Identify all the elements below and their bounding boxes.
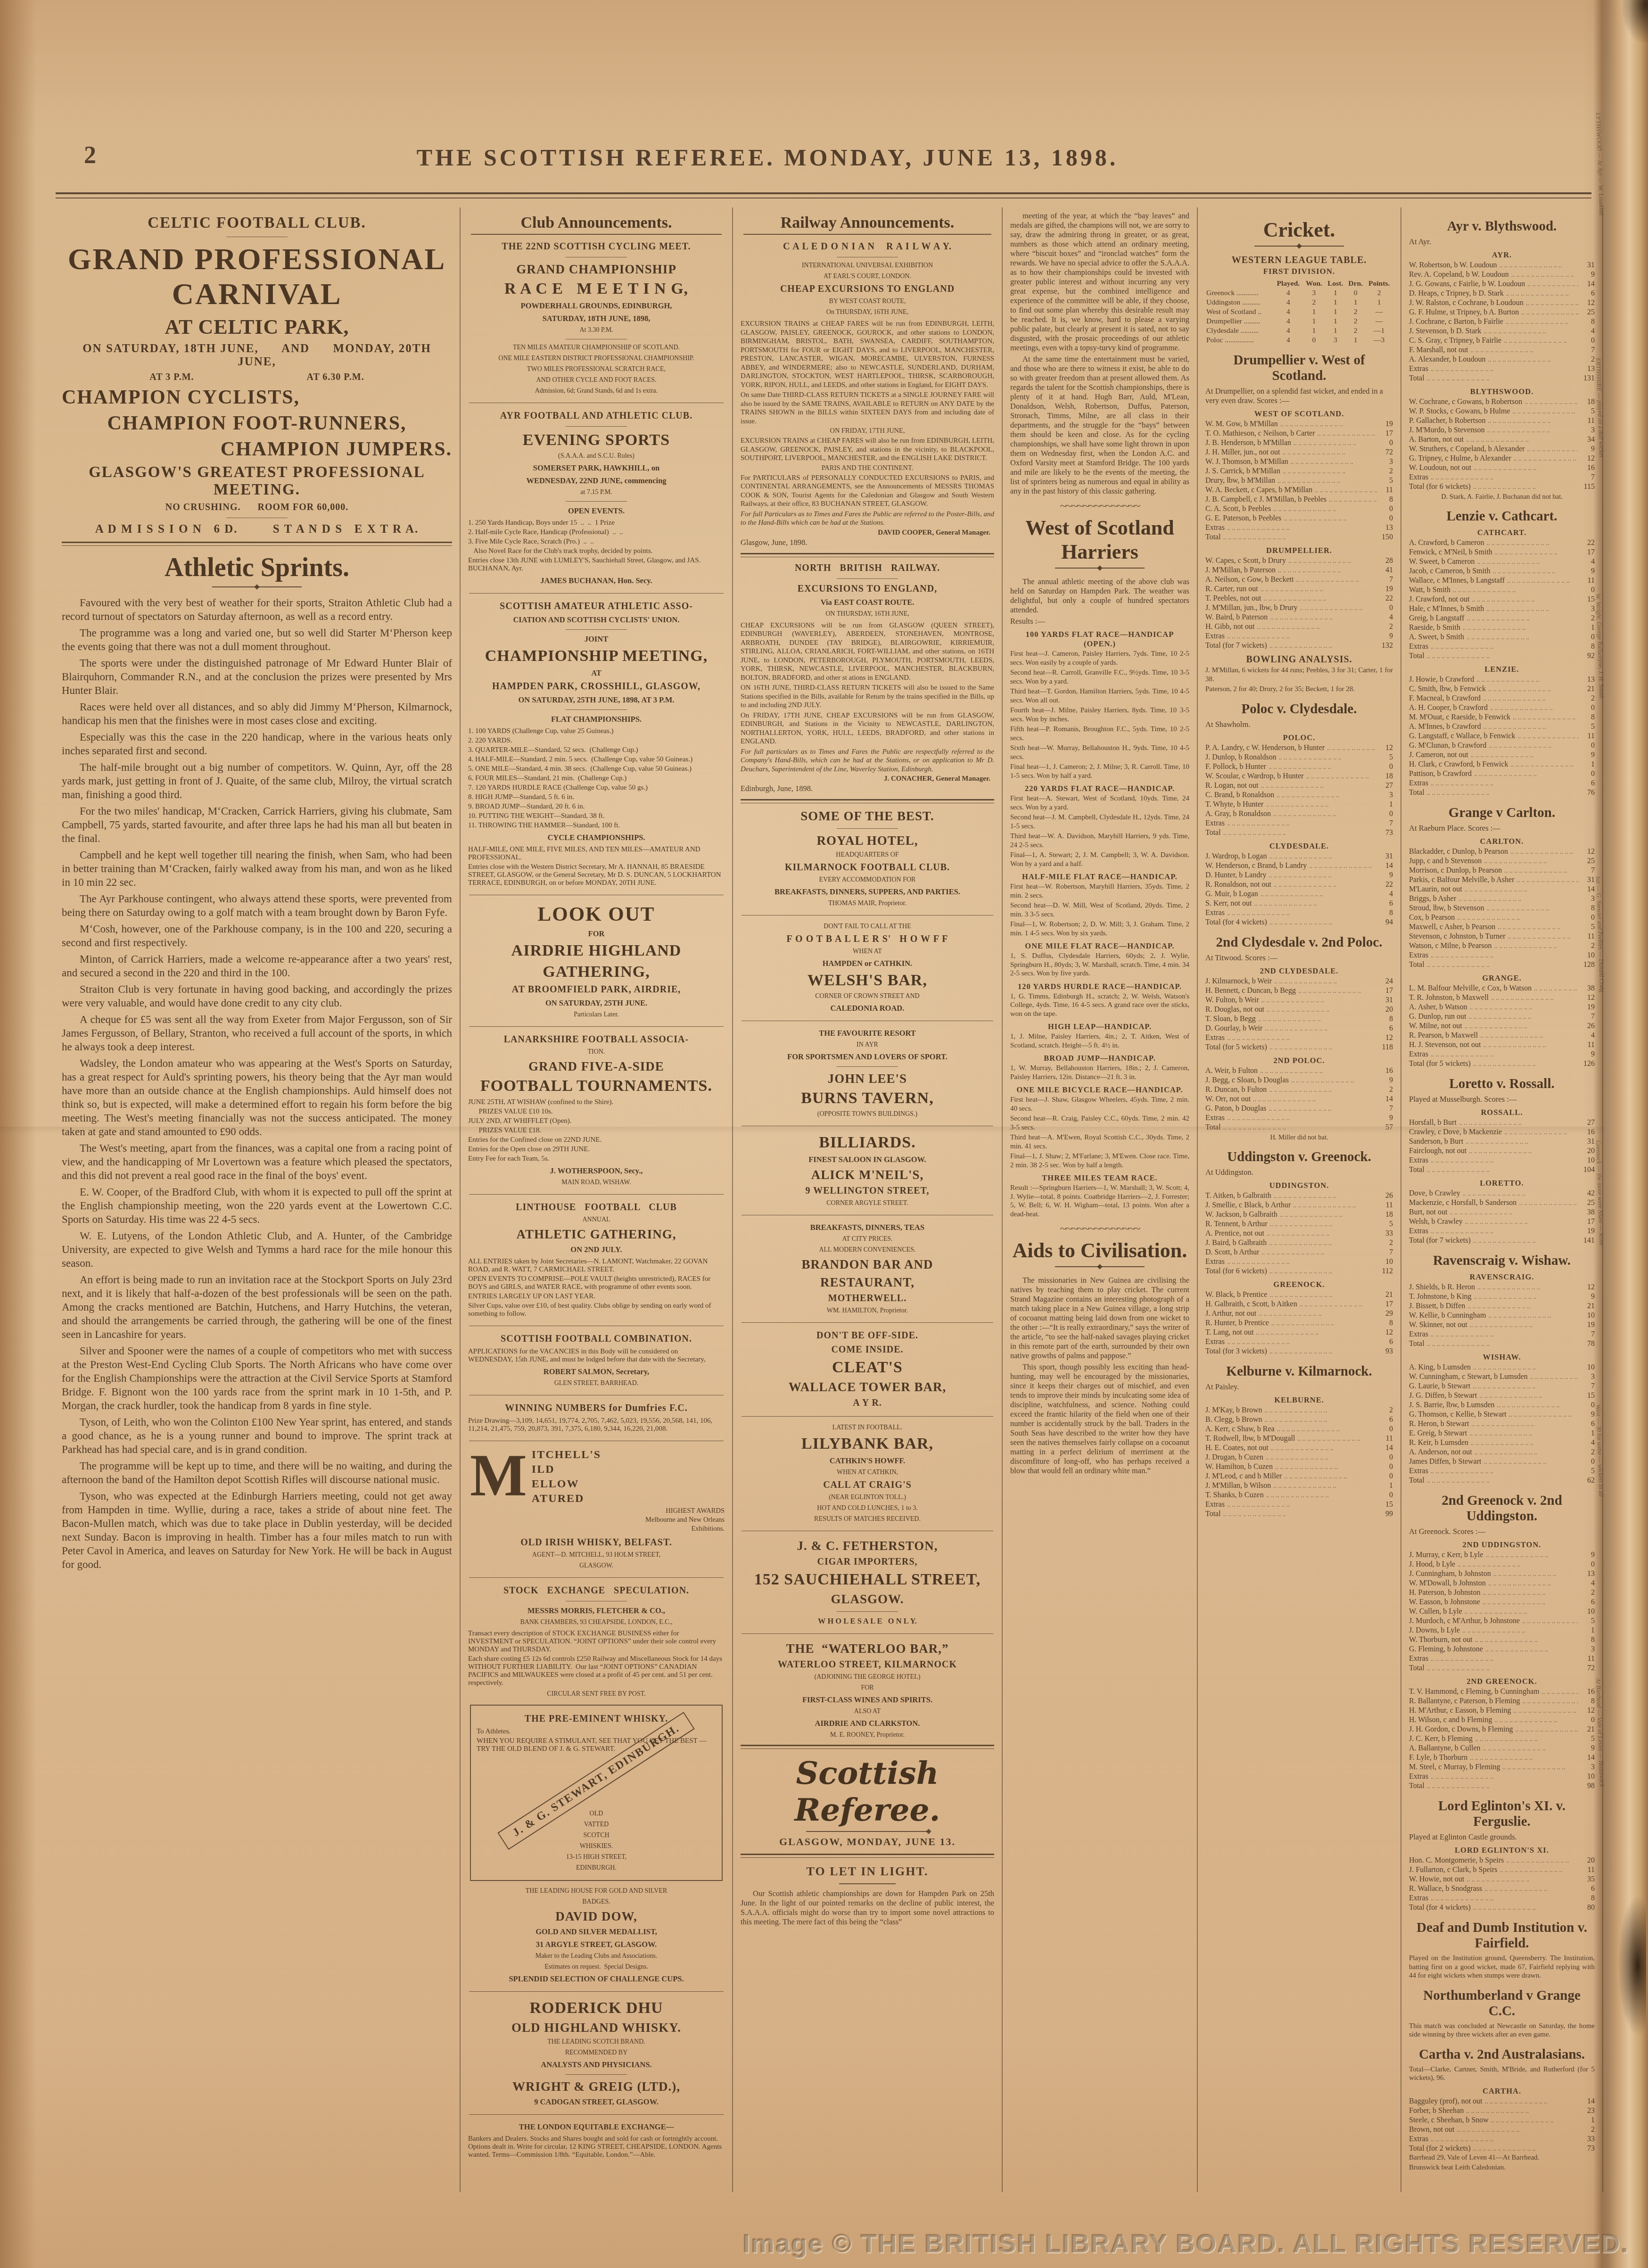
dot-leader: .. .. .. .. .. .. .. .. .. .. .. .. .. — [1472, 1448, 1579, 1457]
batsman-dismissal: Extras — [1205, 908, 1225, 917]
heading-ornament-rule — [1055, 568, 1145, 569]
scorecard-row: Total (for 7 wickets).. .. .. .. .. .. .… — [1205, 641, 1393, 651]
scorecard-row: F. Marshall, not out.. .. .. .. .. .. ..… — [1409, 346, 1595, 355]
ad-line: CHAMPIONSHIP MEETING, — [468, 647, 725, 665]
batsman-dismissal: Total (for 2 wickets) — [1409, 2144, 1471, 2153]
scorecard-row: G. Tripney, c Hulme, b Alexander.. .. ..… — [1409, 454, 1595, 463]
scorecard-row: Total.. .. .. .. .. .. .. .. .. .. .. ..… — [1205, 1509, 1393, 1519]
scorecard-row: Drury, lbw, b M'Millan.. .. .. .. .. .. … — [1205, 476, 1393, 486]
batsman-dismissal: J. M'Millan, b Wilson — [1205, 1481, 1271, 1490]
sub-sub-heading: FIRST DIVISION. — [1205, 267, 1393, 276]
scorecard-row: J. Fullarton, c Clark, b Speirs.. .. .. … — [1409, 1865, 1595, 1875]
dot-leader: .. .. .. .. .. .. .. .. .. .. .. .. .. — [1504, 289, 1579, 298]
ad-line: NO CRUSHING. ROOM FOR 60,000. — [62, 502, 452, 513]
batsman-dismissal: Total (for 5 wickets) — [1409, 1059, 1471, 1068]
batsman-dismissal: Stroud, lbw, b Stevenson — [1409, 904, 1484, 913]
section-rule — [469, 1326, 724, 1326]
runs: 20 — [1579, 1146, 1595, 1155]
table-header-cell — [1205, 279, 1274, 289]
runs: 6 — [1377, 899, 1393, 908]
runs: 3 — [1377, 457, 1393, 466]
dot-leader: .. .. .. .. .. .. .. .. .. .. .. .. .. — [1268, 613, 1377, 622]
batsman-dismissal: J. Drugan, b Cuzen — [1205, 1453, 1263, 1462]
section-rule — [469, 1577, 724, 1578]
scorecard-row: W. Capes, c Scott, b Drury.. .. .. .. ..… — [1205, 556, 1393, 566]
batsman-dismissal: Extras — [1409, 1467, 1428, 1476]
article-paragraph: The missionaries in New Guinea are civil… — [1010, 1276, 1189, 1361]
table-cell: Poloc ................ — [1205, 336, 1274, 345]
batsman-dismissal: Total — [1409, 788, 1425, 797]
batsman-dismissal: T. V. Hammond, c Fleming, b Cunningham — [1409, 1687, 1539, 1696]
ad-line: SATURDAY, 18TH JUNE, 1898, — [468, 314, 725, 323]
scorecard-row: A. Gray, b Ronaldson.. .. .. .. .. .. ..… — [1205, 809, 1393, 819]
dot-leader: .. .. .. .. .. .. .. .. .. .. .. .. .. — [1483, 1645, 1579, 1654]
scorecard: Total.. .. .. .. .. .. .. .. .. .. .. ..… — [1409, 1664, 1595, 1673]
ad-line: THE 22ND SCOTTISH CYCLING MEET. — [468, 241, 725, 252]
ad-line: HEADQUARTERS OF — [741, 851, 994, 859]
runs: 72 — [1377, 448, 1393, 457]
runs: 2 — [1377, 1238, 1393, 1247]
scorecard-row: D. Scott, b Arthur.. .. .. .. .. .. .. .… — [1205, 1248, 1393, 1257]
ad-line: EDINBURGH. — [477, 1864, 716, 1872]
ad-line: BREAKFASTS, DINNERS, TEAS — [741, 1223, 994, 1232]
batsman-dismissal: Parkis, c Balfour Melville, b Asher — [1409, 875, 1515, 884]
ad-line: WHEN AT — [741, 948, 994, 956]
runs: 5 — [1579, 923, 1595, 932]
runs: 5 — [1579, 722, 1595, 731]
runs: 12 — [1579, 847, 1595, 856]
ad-line: AND OTHER CYCLE AND FOOT RACES. — [468, 377, 725, 384]
batsman-dismissal: T. Lang, not out — [1205, 1328, 1253, 1337]
ad-line: J. WOTHERSPOON, Secy., — [468, 1166, 725, 1176]
dot-leader: .. .. .. .. .. .. .. .. .. .. .. .. .. — [1510, 407, 1579, 416]
ad-line: AT CITY PRICES. — [741, 1236, 994, 1243]
result-line: Paterson, 2 for 40; Drury, 2 for 35; Bec… — [1205, 685, 1393, 694]
batsman-dismissal: Extras — [1409, 642, 1428, 651]
scorecard-row: W. Cochrane, c Gowans, b Robertson.. .. … — [1409, 397, 1595, 407]
article-line: Played at Eglinton Castle grounds. — [1409, 1832, 1595, 1842]
table-cell: 4 — [1274, 326, 1303, 336]
saaa-joint-championship-ad: SCOTTISH AMATEUR ATHLETIC ASSO-CIATION A… — [468, 601, 725, 887]
celtic-carnival-ad: CELTIC FOOTBALL CLUB.GRAND PROFESSIONAL … — [62, 214, 452, 536]
runs: 12 — [1579, 454, 1595, 463]
ad-line: WELSH'S BAR, — [741, 972, 994, 990]
scorecard-row: R. Hunter, b Prentice.. .. .. .. .. .. .… — [1205, 1319, 1393, 1328]
batsman-dismissal: W. Cunningham, c Stewart, b Lumsden — [1409, 1372, 1528, 1381]
article-paragraph: Campbell and he kept well together till … — [62, 848, 452, 889]
batsman-dismissal: Total — [1205, 828, 1221, 837]
ad-line: F O O T B A L L E R S' H O W F F — [741, 934, 994, 945]
scorecard-row: D. Hunter, b Landry.. .. .. .. .. .. .. … — [1205, 871, 1393, 880]
batsman-dismissal: F. Marshall, not out — [1409, 346, 1468, 355]
batsman-dismissal: M. M'Ouat, c Raeside, b Fenwick — [1409, 713, 1510, 722]
runs: 12 — [1579, 993, 1595, 1002]
table-cell: —1 — [1365, 326, 1393, 336]
ad-line: HAMPDEN PARK, CROSSHILL, GLASGOW, — [468, 681, 725, 692]
dot-leader: .. .. .. .. .. .. .. .. .. .. .. .. .. — [1525, 445, 1579, 454]
dot-leader: .. .. .. .. .. .. .. .. .. .. .. .. .. — [1481, 1744, 1579, 1753]
ad-line: Estimates on request. Special Designs. — [468, 1963, 725, 1971]
article-paragraph: meeting of the year, at which the “bay l… — [1010, 211, 1189, 353]
runs: 10 — [1377, 1257, 1393, 1266]
ad-line: AT CELTIC PARK, — [62, 315, 452, 339]
runs: 80 — [1579, 1903, 1595, 1912]
ad-rule — [837, 578, 898, 579]
runs: 2 — [1377, 1085, 1393, 1094]
runs: 1 — [1579, 2116, 1595, 2125]
runs: 22 — [1377, 594, 1393, 603]
scorecard-row: Extras.. .. .. .. .. .. .. .. .. .. .. .… — [1409, 1467, 1595, 1476]
ad-line: ON SATURDAY, 25TH JUNE. — [468, 998, 725, 1008]
ad-line: DON'T BE OFF-SIDE. — [741, 1330, 994, 1341]
runs: 9 — [1377, 1113, 1393, 1122]
innings-caption: HIGH LEAP—HANDICAP. — [1010, 1022, 1189, 1031]
batsman-dismissal: B. Clegg, b Brown — [1205, 1415, 1262, 1424]
runs: 115 — [1579, 482, 1595, 491]
dot-leader: .. .. .. .. .. .. .. .. .. .. .. .. .. — [1467, 1429, 1579, 1438]
runs: 6 — [1579, 1419, 1595, 1428]
runs: 1 — [1377, 1481, 1393, 1490]
runs: 7 — [1579, 1330, 1595, 1339]
runs: 2 — [1579, 614, 1595, 623]
dot-leader: .. .. .. .. .. .. .. .. .. .. .. .. .. — [1501, 337, 1579, 346]
scorecard-row: T. Aitken, b Galbraith.. .. .. .. .. .. … — [1205, 1191, 1393, 1201]
runs: 13 — [1579, 1569, 1595, 1578]
dot-leader: .. .. .. .. .. .. .. .. .. .. .. .. .. — [1492, 1716, 1579, 1725]
football-combination-notice: SCOTTISH FOOTBALL COMBINATION.APPLICATIO… — [468, 1334, 725, 1387]
batsman-dismissal: Total — [1409, 652, 1425, 660]
burns-tavern-ad: THE FAVOURITE RESORTIN AYRFOR SPORTSMEN … — [741, 1029, 994, 1118]
batsman-dismissal: W. Struthers, c Copeland, b Alexander — [1409, 445, 1525, 454]
batsman-dismissal: J. Begg, c Sloan, b Douglas — [1205, 1076, 1289, 1085]
note-line: D. Stark, A. Fairlie, J. Buchanan did no… — [1409, 493, 1595, 501]
scorecard-row: Mackenzie, c Horsfall, b Sanderson.. .. … — [1409, 1198, 1595, 1208]
royal-hotel-ad: SOME OF THE BEST.ROYAL HOTEL,HEADQUARTER… — [741, 809, 994, 907]
ad-line: GATHERING, — [468, 963, 725, 981]
scorecard-row: Extras.. .. .. .. .. .. .. .. .. .. .. .… — [1205, 632, 1393, 641]
scorecard-row: Blackadder, c Dunlop, b Pearson.. .. .. … — [1409, 847, 1595, 857]
lanarkshire-fa-ad: LANARKSHIRE FOOTBALL ASSOCIA-TION.GRAND … — [468, 1034, 725, 1187]
scorecard-row: R. Tennent, b Arthur.. .. .. .. .. .. ..… — [1205, 1220, 1393, 1229]
dot-leader: .. .. .. .. .. .. .. .. .. .. .. .. .. — [1221, 533, 1377, 542]
dot-leader: .. .. .. .. .. .. .. .. .. .. .. .. .. — [1528, 1373, 1579, 1382]
table-cell: 4 — [1274, 317, 1303, 326]
ad-line: EXCURSIONS TO ENGLAND, — [741, 584, 994, 594]
dot-leader: .. .. .. .. .. .. .. .. .. .. .. .. .. — [1492, 942, 1579, 951]
dot-leader: .. .. .. .. .. .. .. .. .. .. .. .. .. — [1471, 1060, 1579, 1069]
dot-leader: .. .. .. .. .. .. .. .. .. .. .. .. .. — [1258, 1067, 1377, 1076]
runs: 13 — [1579, 675, 1595, 684]
runs: 3 — [1579, 1372, 1595, 1381]
ad-line: SCOTTISH FOOTBALL COMBINATION. — [468, 1334, 725, 1344]
article-line: At Greenock. Scores :— — [1409, 1527, 1595, 1536]
runs: 2 — [1579, 2125, 1595, 2134]
ad-line: Maker to the Leading Clubs and Associati… — [468, 1953, 725, 1960]
batsman-dismissal: J. B. Campbell, c J. M'Millan, b Peebles — [1205, 495, 1327, 504]
innings-caption: GRANGE. — [1409, 973, 1595, 983]
scorecard: W. Robertson, b W. Loudoun.. .. .. .. ..… — [1409, 261, 1595, 374]
ad-line: THE LEADING SCOTCH BRAND. — [468, 2038, 725, 2046]
ad-line: 10. PUTTING THE WEIGHT—Standard, 38 ft. — [468, 812, 725, 820]
ad-line: BILLIARDS. — [741, 1134, 994, 1152]
dot-leader: .. .. .. .. .. .. .. .. .. .. .. .. .. — [1282, 1472, 1377, 1481]
batsman-dismissal: R. Douglas, not out — [1205, 1005, 1264, 1014]
dot-leader: .. .. .. .. .. .. .. .. .. .. .. .. .. — [1468, 346, 1579, 355]
scorecard-row: G. Laurie, b Stewart.. .. .. .. .. .. ..… — [1409, 1382, 1595, 1391]
batsman-dismissal: Briggs, b Asher — [1409, 894, 1456, 903]
batsman-dismissal: G. Dunlop, run out — [1409, 1012, 1466, 1021]
ad-line: OLD HIGHLAND WHISKY. — [468, 2021, 725, 2035]
ad-line: Entries close with the Western District … — [468, 863, 725, 887]
runs: 1 — [1579, 760, 1595, 769]
bottom-right-tear-shadow — [1618, 1895, 1646, 2037]
ad-rule — [566, 501, 627, 502]
runs: 4 — [1579, 327, 1595, 336]
dot-leader: .. .. .. .. .. .. .. .. .. .. .. .. .. — [1428, 1050, 1579, 1059]
runs: 9 — [1579, 1410, 1595, 1419]
batsman-dismissal: J. Hood, b Lyle — [1409, 1560, 1455, 1569]
runs: 7 — [1579, 1012, 1595, 1021]
dot-leader: .. .. .. .. .. .. .. .. .. .. .. .. .. — [1256, 1015, 1377, 1024]
scorecard-row: Wallace, c M'Innes, b Langstaff.. .. .. … — [1409, 576, 1595, 586]
batsman-dismissal: Jacob, c Cameron, b Smith — [1409, 567, 1490, 576]
dot-leader: .. .. .. .. .. .. .. .. .. .. .. .. .. — [1221, 1510, 1377, 1519]
ad-line: 6. FOUR MILES—Standard, 21 min. (Challen… — [468, 775, 725, 783]
scorecard: W. M. Gow, b M'Millan.. .. .. .. .. .. .… — [1205, 420, 1393, 533]
dot-leader: .. .. .. .. .. .. .. .. .. .. .. .. .. — [1315, 429, 1377, 438]
scorecard-row: J. B. Campbell, c J. M'Millan, b Peebles… — [1205, 495, 1393, 504]
ad-line: On THURSDAY, 16TH JUNE, — [741, 309, 994, 316]
result-line: For full Particulars as to Times and Far… — [741, 510, 994, 528]
batsman-dismissal: J. Wardrop, b Logan — [1205, 852, 1267, 861]
scorecard-row: E. Greig, b Stewart.. .. .. .. .. .. .. … — [1409, 1429, 1595, 1438]
ad-line: SOMERSET PARK, HAWKHILL, on — [468, 463, 725, 473]
batsman-dismissal: T. Sloan, b Begg — [1205, 1014, 1256, 1023]
result-line: Third heat—W. A. Davidson, Maryhill Harr… — [1010, 832, 1189, 849]
innings-caption: CLYDESDALE. — [1205, 841, 1393, 851]
section-rule — [742, 1531, 993, 1531]
scorecard: L. M. Balfour Melville, c Cox, b Watson.… — [1409, 984, 1595, 1059]
ad-line: 2. Half-mile Cycle Race, Handicap (Profe… — [468, 528, 725, 536]
scorecard-row: T. R. Johnston, b Maxwell.. .. .. .. .. … — [1409, 993, 1595, 1003]
dot-leader: .. .. .. .. .. .. .. .. .. .. .. .. .. — [1254, 623, 1377, 632]
column-section-title: Railway Announcements. — [741, 214, 994, 232]
scorecard-row: Extras.. .. .. .. .. .. .. .. .. .. .. .… — [1409, 364, 1595, 374]
batsman-dismissal: G. Paton, b Douglas — [1205, 1104, 1266, 1113]
article-paragraph: The Ayr Parkhouse contingent, who always… — [62, 892, 452, 919]
ad-line: WATERLOO STREET, KILMARNOCK — [741, 1659, 994, 1670]
runs: 10 — [1579, 1607, 1595, 1616]
scorecard-row: J. M'Leod, c and b Miller.. .. .. .. .. … — [1205, 1472, 1393, 1481]
dot-leader: .. .. .. .. .. .. .. .. .. .. .. .. .. — [1482, 857, 1579, 866]
scorecard: Bagguley (prof), not out.. .. .. .. .. .… — [1409, 2097, 1595, 2144]
batsman-dismissal: J. Cunningham, b Johnston — [1409, 1569, 1491, 1578]
batsman-dismissal: W. Hamilton, b Cuzen — [1205, 1462, 1273, 1471]
runs: 12 — [1377, 1033, 1393, 1042]
scorecard-row: T. Peebles, not out.. .. .. .. .. .. .. … — [1205, 594, 1393, 603]
dot-leader: .. .. .. .. .. .. .. .. .. .. .. .. .. — [1267, 871, 1377, 880]
article-paragraph: Silver and Spooner were the names of a c… — [62, 1344, 452, 1412]
column-club-announcements: Club Announcements.THE 22ND SCOTTISH CYC… — [461, 207, 733, 2192]
ad-line: FLAT CHAMPIONSHIPS. — [468, 715, 725, 724]
linthouse-gathering-ad: LINTHOUSE FOOTBALL CLUBANNUALATHLETIC GA… — [468, 1202, 725, 1318]
scorecard-row: R. Keir, b Lumsden.. .. .. .. .. .. .. .… — [1409, 1438, 1595, 1448]
ad-line: THE “WATERLOO BAR,” — [741, 1641, 994, 1656]
dot-leader: .. .. .. .. .. .. .. .. .. .. .. .. .. — [1428, 365, 1579, 374]
batsman-dismissal: H. Wilson, c and b Fleming — [1409, 1715, 1492, 1724]
ad-line: GLEN STREET, BARRHEAD. — [468, 1380, 725, 1387]
batsman-dismissal: H. Gibb, not out — [1205, 622, 1254, 631]
dot-leader: .. .. .. .. .. .. .. .. .. .. .. .. .. — [1485, 417, 1579, 426]
dot-leader: .. .. .. .. .. .. .. .. .. .. .. .. .. — [1472, 770, 1579, 779]
article-paragraph: Straiton Club is very fortunate in havin… — [62, 982, 452, 1010]
runs: 2 — [1579, 694, 1595, 703]
batsman-dismissal: A. Anderson, not out — [1409, 1448, 1472, 1457]
section-rule — [469, 1194, 724, 1195]
runs: 27 — [1579, 1118, 1595, 1127]
scorecard-row: Extras.. .. .. .. .. .. .. .. .. .. .. .… — [1205, 1500, 1393, 1509]
table-header-cell: Drn. — [1346, 279, 1365, 289]
scorecard-row: J. Cochrane, c Barton, b Fairlie.. .. ..… — [1409, 317, 1595, 327]
dot-leader: .. .. .. .. .. .. .. .. .. .. .. .. .. — [1464, 633, 1579, 642]
scorecard-row: W. Henderson, c Brand, b Landry.. .. .. … — [1205, 861, 1393, 871]
scorecard-row: Parkis, c Balfour Melville, b Asher.. ..… — [1409, 875, 1595, 885]
ad-line: Bankers and Dealers. Stocks and Shares b… — [468, 2135, 725, 2159]
scorecard-row: R. Ballantyne, c Paterson, b Fleming.. .… — [1409, 1697, 1595, 1706]
batsman-dismissal: R. Wallace, b Snodgrass — [1409, 1884, 1482, 1893]
batsman-dismissal: A. Neilson, c Gow, b Beckett — [1205, 575, 1294, 584]
runs: 19 — [1579, 1320, 1595, 1329]
batsman-dismissal: T. O. Mathieson, c Neilson, b Carter — [1205, 429, 1315, 438]
ad-drop-initial: M — [468, 1449, 532, 1499]
batsman-dismissal: Total (for 6 wickets) — [1205, 1267, 1267, 1276]
dot-leader: .. .. .. .. .. .. .. .. .. .. .. .. .. — [1485, 355, 1579, 364]
dot-leader: .. .. .. .. .. .. .. .. .. .. .. .. .. — [1428, 1773, 1579, 1781]
runs: 0 — [1377, 1453, 1393, 1462]
match-heading: Ravenscraig v. Wishaw. — [1409, 1253, 1595, 1269]
batsman-dismissal: Total (for 7 wickets) — [1205, 641, 1267, 650]
scorecard-row: T. Whyte, b Hunter.. .. .. .. .. .. .. .… — [1205, 800, 1393, 809]
runs: 8 — [1579, 713, 1595, 722]
table-cell: 4 — [1274, 336, 1303, 345]
dot-leader: .. .. .. .. .. .. .. .. .. .. .. .. .. — [1264, 1006, 1377, 1014]
result-line: This match was concluded at Newcastle on… — [1409, 2022, 1595, 2039]
article-paragraph: The half-mile brought out a big number o… — [62, 760, 452, 801]
batsman-dismissal: W. Fulton, b Weir — [1205, 996, 1259, 1005]
dot-leader: .. .. .. .. .. .. .. .. .. .. .. .. .. — [1267, 1220, 1377, 1229]
article-line: At Shawholm. — [1205, 720, 1393, 729]
dot-leader: .. .. .. .. .. .. .. .. .. .. .. .. .. — [1478, 1031, 1579, 1040]
article-paragraph: An effort is being made to run an invita… — [62, 1273, 452, 1341]
result-line: First heat—J. Shaw, Glasgow Wheelers, 45… — [1010, 1096, 1189, 1113]
ad-line: FOOTBALL TOURNAMENTS. — [468, 1077, 725, 1095]
dot-leader: .. .. .. .. .. .. .. .. .. .. .. .. .. — [1267, 918, 1377, 927]
scorecard-row: Extras.. .. .. .. .. .. .. .. .. .. .. .… — [1409, 642, 1595, 652]
runs: 0 — [1377, 1462, 1393, 1471]
runs: 0 — [1579, 1457, 1595, 1466]
scorecard-row: Total.. .. .. .. .. .. .. .. .. .. .. ..… — [1409, 374, 1595, 383]
scorecard-row: H. J. Stevenson, not out.. .. .. .. .. .… — [1409, 1040, 1595, 1050]
ad-line: OPEN EVENTS. — [468, 506, 725, 516]
batsman-dismissal: W. J. Thomson, b M'Millan — [1205, 457, 1288, 466]
scorecard-row: J. H. Gordon, c Downs, b Fleming.. .. ..… — [1409, 1725, 1595, 1734]
ad-line: TION. — [468, 1048, 725, 1056]
dot-leader: .. .. .. .. .. .. .. .. .. .. .. .. .. — [1471, 1904, 1579, 1913]
runs: 9 — [1579, 751, 1595, 759]
match-heading: Uddingston v. Greenock. — [1205, 1149, 1393, 1165]
dot-leader: .. .. .. .. .. .. .. .. .. .. .. .. .. — [1262, 1416, 1377, 1425]
batsman-dismissal: J. Fullarton, c Clark, b Speirs — [1409, 1865, 1498, 1874]
dot-leader: .. .. .. .. .. .. .. .. .. .. .. .. .. — [1492, 548, 1579, 557]
runs: 19 — [1579, 1227, 1595, 1236]
runs: 94 — [1377, 918, 1393, 927]
runs: 22 — [1377, 880, 1393, 889]
runs: 17 — [1579, 548, 1595, 557]
ad-line: 1. 100 YARDS (Challenge Cup, value 25 Gu… — [468, 727, 725, 735]
ad-line: FIRST-CLASS WINES AND SPIRITS. — [741, 1695, 994, 1705]
ad-line: GRAND CHAMPIONSHIP — [468, 262, 725, 277]
section-rule — [742, 1126, 993, 1126]
scorecard-row: A. Anderson, not out.. .. .. .. .. .. ..… — [1409, 1448, 1595, 1457]
runs: 8 — [1579, 1894, 1595, 1903]
scorecard-row: Stevenson, c Johnston, b Turner.. .. .. … — [1409, 932, 1595, 941]
scorecard-row: A. Crawford, b Cameron.. .. .. .. .. .. … — [1409, 538, 1595, 548]
dot-leader: .. .. .. .. .. .. .. .. .. .. .. .. .. — [1481, 1458, 1579, 1467]
ad-line: (ADJOINING THE GEORGE HOTEL) — [741, 1674, 994, 1681]
runs: 18 — [1579, 397, 1595, 406]
dot-leader: .. .. .. .. .. .. .. .. .. .. .. .. .. — [1520, 1617, 1579, 1626]
scorecard-row: Total.. .. .. .. .. .. .. .. .. .. .. ..… — [1409, 1781, 1595, 1791]
runs: 7 — [1579, 346, 1595, 355]
batsman-dismissal: A. H. Cooper, b Crawford — [1409, 703, 1488, 712]
dot-leader: .. .. .. .. .. .. .. .. .. .. .. .. .. — [1486, 685, 1579, 694]
dot-leader: .. .. .. .. .. .. .. .. .. .. .. .. .. — [1225, 632, 1377, 641]
runs: 141 — [1579, 1236, 1595, 1245]
batsman-dismissal: G. Muir, b Logan — [1205, 890, 1258, 899]
table-header-cell: Points. — [1365, 279, 1393, 289]
batsman-dismissal: F. Macneal, b Crawford — [1409, 694, 1481, 703]
scorecard: Dove, b Crawley.. .. .. .. .. .. .. .. .… — [1409, 1189, 1595, 1236]
ad-rule — [837, 1066, 898, 1067]
scorecard-row: H. Paterson, b Johnston.. .. .. .. .. ..… — [1409, 1588, 1595, 1598]
runs: 11 — [1579, 932, 1595, 941]
runs: 24 — [1377, 977, 1393, 986]
batsman-dismissal: A. Weir, b Fulton — [1205, 1066, 1258, 1075]
heading-ornament-rule — [1254, 246, 1344, 247]
batsman-dismissal: W. Skinner, not out — [1409, 1320, 1467, 1329]
scorecard-row: A. Asher, b Watson.. .. .. .. .. .. .. .… — [1409, 1003, 1595, 1012]
scorecard-row: J. M'Millan, b Paterson.. .. .. .. .. ..… — [1205, 566, 1393, 575]
dot-leader: .. .. .. .. .. .. .. .. .. .. .. .. .. — [1488, 704, 1579, 713]
article-line: Results :— — [1010, 617, 1189, 626]
wavy-rule: ~~~~~~~~~~~~~~ — [1010, 1225, 1189, 1232]
columns-container: CELTIC FOOTBALL CLUB.GRAND PROFESSIONAL … — [54, 207, 1603, 2192]
dot-leader: .. .. .. .. .. .. .. .. .. .. .. .. .. — [1507, 1410, 1579, 1419]
dot-leader: .. .. .. .. .. .. .. .. .. .. .. .. .. — [1225, 1114, 1377, 1123]
ad-line: 9 CADOGAN STREET, GLASGOW. — [468, 2097, 725, 2107]
scorecard-row: Total (for 5 wickets).. .. .. .. .. .. .… — [1409, 1059, 1595, 1069]
scorecard-row: W. Baird, b Paterson.. .. .. .. .. .. ..… — [1205, 613, 1393, 622]
runs: 25 — [1579, 308, 1595, 317]
batsman-dismissal: Rev. A. Copeland, b W. Loudoun — [1409, 270, 1509, 279]
ad-line: JULY 2ND, AT WHIFFLET (Open). — [468, 1117, 725, 1125]
dot-leader: .. .. .. .. .. .. .. .. .. .. .. .. .. — [1271, 881, 1377, 890]
dot-leader: .. .. .. .. .. .. .. .. .. .. .. .. .. — [1462, 1608, 1579, 1616]
scorecard-row: A. Sweet, b Smith.. .. .. .. .. .. .. ..… — [1409, 633, 1595, 642]
scorecard-row: W. P. Stocks, c Gowans, b Hulme.. .. .. … — [1409, 407, 1595, 416]
batsman-dismissal: Extras — [1409, 951, 1428, 960]
batsman-dismissal: J. G. Diffen, b Stewart — [1409, 1391, 1477, 1400]
